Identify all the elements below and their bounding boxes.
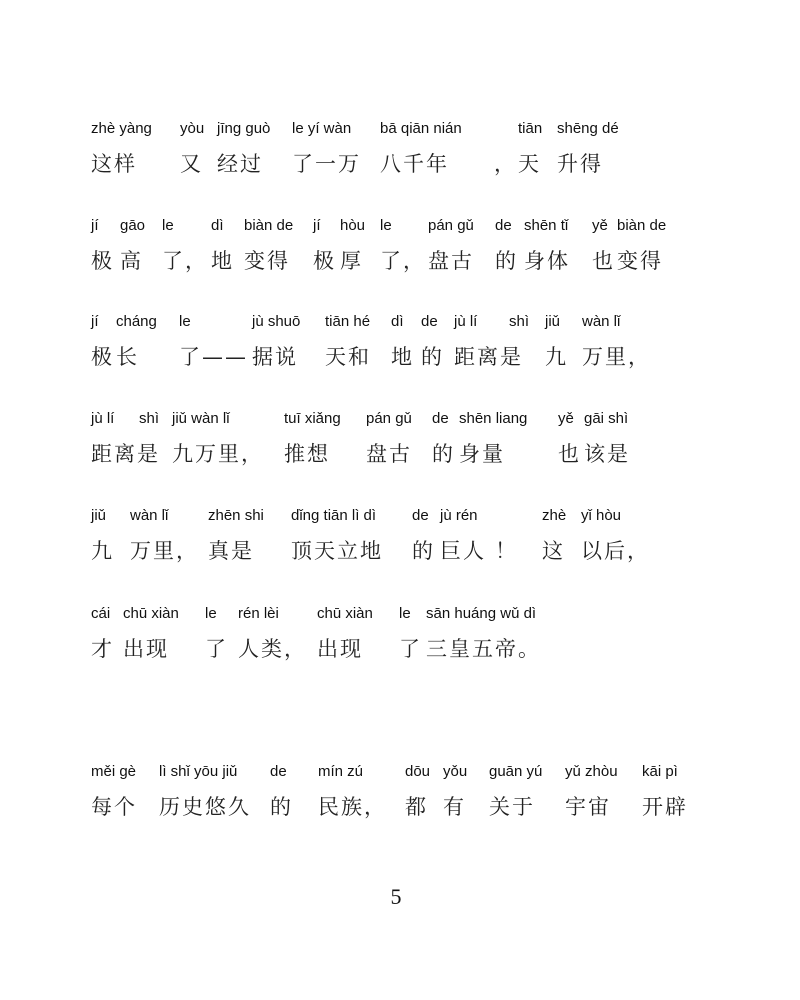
hanzi-text: 身体 — [524, 247, 570, 275]
hanzi-text: 也 — [558, 440, 581, 468]
pinyin-text: wàn lǐ — [130, 507, 168, 525]
hanzi-text: 每个 — [91, 793, 137, 821]
hanzi-text: 的 — [432, 440, 455, 468]
pinyin-text: yòu — [180, 120, 204, 138]
hanzi-text: 极 — [313, 247, 336, 275]
hanzi-text: 真是 — [208, 537, 254, 565]
pinyin-text: zhè — [542, 507, 566, 525]
hanzi-text: 天 — [518, 150, 541, 178]
pinyin-text: yǒu — [443, 763, 467, 781]
pinyin-text: le — [380, 217, 392, 235]
hanzi-text: 这样 — [91, 150, 137, 178]
hanzi-text: 距离是 — [454, 343, 523, 371]
hanzi-text: 变得 — [617, 247, 663, 275]
pinyin-text: jù lí — [91, 410, 114, 428]
hanzi-text: 以后， — [581, 537, 650, 565]
pinyin-text: chū xiàn — [317, 605, 373, 623]
hanzi-text: 巨人 — [440, 537, 486, 565]
hanzi-text: 开辟 — [642, 793, 688, 821]
hanzi-text: 升得 — [557, 150, 603, 178]
hanzi-text: 三皇五帝。 — [426, 635, 541, 663]
pinyin-text: dì — [211, 217, 224, 235]
text-line: jí极gāo高le了，dì地biàn de变得jí极hòu厚le了，pán gǔ… — [0, 217, 800, 287]
hanzi-text: 顶天立地 — [291, 537, 383, 565]
pinyin-text: pán gǔ — [428, 217, 474, 235]
pinyin-text: jīng guò — [217, 120, 270, 138]
hanzi-text: 了， — [380, 247, 426, 275]
pinyin-text: cái — [91, 605, 110, 623]
hanzi-text: 据说 — [252, 343, 298, 371]
pinyin-text: de — [421, 313, 438, 331]
pinyin-text: le — [205, 605, 217, 623]
hanzi-text: 关于 — [489, 793, 535, 821]
pinyin-text: yǔ zhòu — [565, 763, 618, 781]
text-line: jiǔ九wàn lǐ万里，zhēn shi真是dǐng tiān lì dì顶天… — [0, 507, 800, 577]
pinyin-text: shì — [509, 313, 529, 331]
pinyin-text: de — [495, 217, 512, 235]
hanzi-text: 了 — [205, 635, 228, 663]
hanzi-text: 有 — [443, 793, 466, 821]
hanzi-text: 推想 — [284, 440, 330, 468]
pinyin-text: bā qiān nián — [380, 120, 462, 138]
hanzi-text: 地 — [211, 247, 234, 275]
pinyin-text: tiān hé — [325, 313, 370, 331]
pinyin-text: jù shuō — [252, 313, 300, 331]
pinyin-text: biàn de — [244, 217, 293, 235]
pinyin-text: tuī xiǎng — [284, 410, 341, 428]
pinyin-text: biàn de — [617, 217, 666, 235]
hanzi-text: 的 — [270, 793, 293, 821]
hanzi-text: 盘古 — [366, 440, 412, 468]
hanzi-text: 了—— — [179, 343, 248, 371]
text-line: zhè yàng这样yòu又jīng guò经过le yí wàn了一万bā q… — [0, 120, 800, 190]
hanzi-text: 出现 — [317, 635, 363, 663]
pinyin-text: jù lí — [454, 313, 477, 331]
pinyin-text: shēng dé — [557, 120, 619, 138]
pinyin-text: de — [270, 763, 287, 781]
hanzi-text: 变得 — [244, 247, 290, 275]
hanzi-text: 身量 — [459, 440, 505, 468]
hanzi-text: 才 — [91, 635, 114, 663]
pinyin-text: jiǔ — [91, 507, 106, 525]
pinyin-text: shēn tǐ — [524, 217, 568, 235]
pinyin-text: mín zú — [318, 763, 363, 781]
hanzi-text: 历史悠久 — [159, 793, 251, 821]
pinyin-text: cháng — [116, 313, 157, 331]
pinyin-text: le — [179, 313, 191, 331]
pinyin-text: jí — [91, 217, 99, 235]
pinyin-text: tiān — [518, 120, 542, 138]
hanzi-text: 极 — [91, 343, 114, 371]
hanzi-text: 盘古 — [428, 247, 474, 275]
pinyin-text: jiǔ — [545, 313, 560, 331]
pinyin-text: pán gǔ — [366, 410, 412, 428]
hanzi-text: 八千年 — [380, 150, 449, 178]
pinyin-text: jí — [313, 217, 321, 235]
hanzi-text: ， — [494, 150, 517, 178]
hanzi-text: 该是 — [584, 440, 630, 468]
pinyin-text: shēn liang — [459, 410, 527, 428]
hanzi-text: 民族， — [318, 793, 387, 821]
pinyin-text: kāi pì — [642, 763, 678, 781]
hanzi-text: 了， — [162, 247, 208, 275]
pinyin-text: rén lèi — [238, 605, 279, 623]
hanzi-text: 长 — [116, 343, 139, 371]
pinyin-text: le yí wàn — [292, 120, 351, 138]
hanzi-text: 也 — [592, 247, 615, 275]
text-line: jí极cháng长le了——jù shuō据说tiān hé天和dì地de的jù… — [0, 313, 800, 383]
hanzi-text: 了一万 — [292, 150, 361, 178]
hanzi-text: 九万里， — [172, 440, 264, 468]
hanzi-text: 出现 — [123, 635, 169, 663]
hanzi-text: 万里， — [582, 343, 651, 371]
text-line: cái才chū xiàn出现le了rén lèi人类，chū xiàn出现le了… — [0, 605, 800, 675]
pinyin-text: gāo — [120, 217, 145, 235]
page-number: 5 — [0, 884, 792, 910]
hanzi-text: 天和 — [325, 343, 371, 371]
pinyin-text: dōu — [405, 763, 430, 781]
hanzi-text: 经过 — [217, 150, 263, 178]
pinyin-text: wàn lǐ — [582, 313, 620, 331]
hanzi-text: 万里， — [130, 537, 199, 565]
hanzi-text: 的 — [495, 247, 518, 275]
pinyin-text: yě — [592, 217, 608, 235]
hanzi-text: 的 — [412, 537, 435, 565]
hanzi-text: 九 — [545, 343, 568, 371]
pinyin-text: gāi shì — [584, 410, 628, 428]
hanzi-text: 高 — [120, 247, 143, 275]
hanzi-text: 距离是 — [91, 440, 160, 468]
pinyin-text: yǐ hòu — [581, 507, 621, 525]
pinyin-text: jiǔ wàn lǐ — [172, 410, 230, 428]
pinyin-text: le — [399, 605, 411, 623]
pinyin-text: le — [162, 217, 174, 235]
document-page: zhè yàng这样yòu又jīng guò经过le yí wàn了一万bā q… — [0, 0, 800, 1000]
hanzi-text: 宇宙 — [565, 793, 611, 821]
pinyin-text: dì — [391, 313, 404, 331]
hanzi-text: 都 — [405, 793, 428, 821]
pinyin-text: shì — [139, 410, 159, 428]
pinyin-text: dǐng tiān lì dì — [291, 507, 376, 525]
hanzi-text: 人类， — [238, 635, 307, 663]
pinyin-text: zhè yàng — [91, 120, 152, 138]
hanzi-text: 极 — [91, 247, 114, 275]
pinyin-text: lì shǐ yōu jiǔ — [159, 763, 237, 781]
text-line: měi gè每个lì shǐ yōu jiǔ历史悠久de的mín zú民族，dō… — [0, 763, 800, 833]
pinyin-text: jù rén — [440, 507, 478, 525]
pinyin-text: chū xiàn — [123, 605, 179, 623]
pinyin-text: guān yú — [489, 763, 542, 781]
pinyin-text: de — [412, 507, 429, 525]
pinyin-text: jí — [91, 313, 99, 331]
hanzi-text: 厚 — [340, 247, 363, 275]
hanzi-text: 又 — [180, 150, 203, 178]
pinyin-text: zhēn shi — [208, 507, 264, 525]
pinyin-text: hòu — [340, 217, 365, 235]
pinyin-text: měi gè — [91, 763, 136, 781]
hanzi-text: 这 — [542, 537, 565, 565]
hanzi-text: ！ — [495, 537, 518, 565]
pinyin-text: de — [432, 410, 449, 428]
pinyin-text: sān huáng wǔ dì — [426, 605, 536, 623]
text-line: jù lí距离是shìjiǔ wàn lǐ九万里，tuī xiǎng推想pán … — [0, 410, 800, 480]
hanzi-text: 九 — [91, 537, 114, 565]
hanzi-text: 了 — [399, 635, 422, 663]
hanzi-text: 地 — [391, 343, 414, 371]
hanzi-text: 的 — [421, 343, 444, 371]
pinyin-text: yě — [558, 410, 574, 428]
